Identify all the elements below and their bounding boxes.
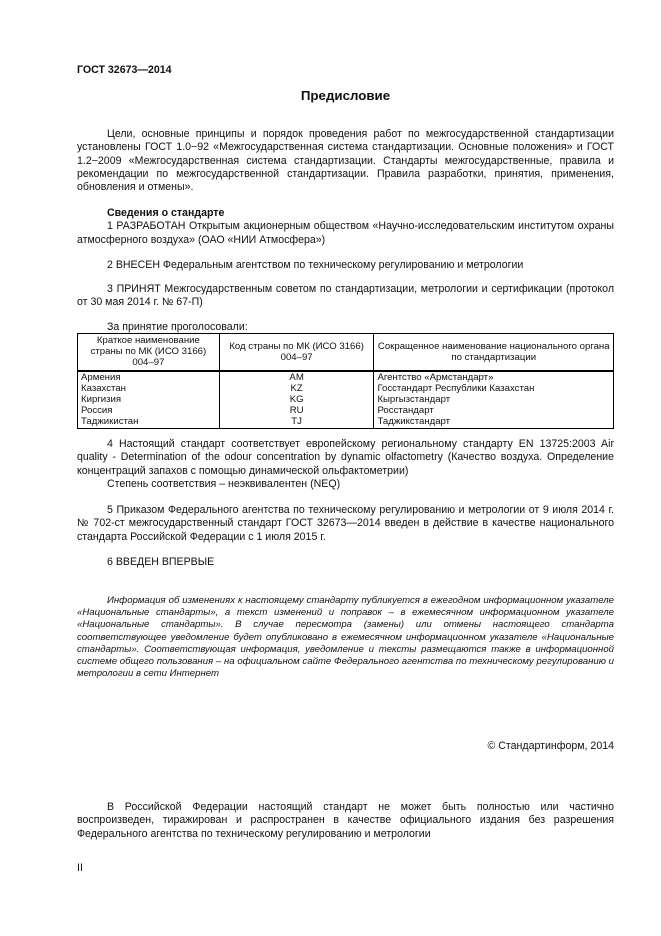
body-cell: Агентство «Армстандарт» <box>374 371 614 383</box>
table-row: Таджикистан TJ Таджикстандарт <box>78 416 614 428</box>
restriction-block: В Российской Федерации настоящий стандар… <box>77 801 614 841</box>
info-item-5-block: 5 Приказом Федерального агентства по тех… <box>77 504 614 544</box>
table-row: Россия RU Росстандарт <box>78 405 614 416</box>
info-item-2-block: 2 ВНЕСЕН Федеральным агентством по техни… <box>77 259 614 272</box>
country-cell: Таджикистан <box>78 416 220 428</box>
voting-countries-table: Краткое наименование страны по МК (ИСО 3… <box>77 333 614 429</box>
country-cell: Казахстан <box>78 383 220 394</box>
code-cell: AM <box>219 371 374 383</box>
info-item-4: 4 Настоящий стандарт соответствует европ… <box>77 438 614 478</box>
standard-info-section: Сведения о стандарте 1 РАЗРАБОТАН Открыт… <box>77 207 614 247</box>
column-header-code: Код страны по МК (ИСО 3166) 004–97 <box>219 334 374 371</box>
country-cell: Киргизия <box>78 394 220 405</box>
code-cell: TJ <box>219 416 374 428</box>
code-cell: KG <box>219 394 374 405</box>
body-cell: Кыргызстандарт <box>374 394 614 405</box>
changes-notice-block: Информация об изменениях к настоящему ст… <box>77 595 614 680</box>
info-item-3-block: 3 ПРИНЯТ Межгосударственным советом по с… <box>77 283 614 310</box>
intro-text: Цели, основные принципы и порядок провед… <box>77 128 614 194</box>
section-heading: Сведения о стандарте <box>77 207 614 220</box>
column-header-country: Краткое наименование страны по МК (ИСО 3… <box>78 334 220 371</box>
info-item-5: 5 Приказом Федерального агентства по тех… <box>77 504 614 544</box>
info-item-6-block: 6 ВВЕДЕН ВПЕРВЫЕ <box>77 556 614 569</box>
code-cell: RU <box>219 405 374 416</box>
table-row: Казахстан KZ Госстандарт Республики Каза… <box>78 383 614 394</box>
document-code: ГОСТ 32673—2014 <box>77 64 172 76</box>
table-header-row: Краткое наименование страны по МК (ИСО 3… <box>78 334 614 371</box>
body-cell: Госстандарт Республики Казахстан <box>374 383 614 394</box>
info-item-4-block: 4 Настоящий стандарт соответствует европ… <box>77 438 614 491</box>
restriction-text: В Российской Федерации настоящий стандар… <box>77 801 614 841</box>
info-item-1: 1 РАЗРАБОТАН Открытым акционерным общест… <box>77 220 614 247</box>
intro-paragraph: Цели, основные принципы и порядок провед… <box>77 128 614 194</box>
code-cell: KZ <box>219 383 374 394</box>
body-cell: Росстандарт <box>374 405 614 416</box>
column-header-body: Сокращенное наименование национального о… <box>374 334 614 371</box>
page-title: Предисловие <box>0 88 661 103</box>
country-cell: Россия <box>78 405 220 416</box>
table-row: Армения AM Агентство «Армстандарт» <box>78 371 614 383</box>
info-item-2: 2 ВНЕСЕН Федеральным агентством по техни… <box>77 259 614 272</box>
info-item-3: 3 ПРИНЯТ Межгосударственным советом по с… <box>77 283 614 310</box>
table-row: Киргизия KG Кыргызстандарт <box>78 394 614 405</box>
changes-notice: Информация об изменениях к настоящему ст… <box>77 595 614 680</box>
page-number: II <box>77 862 83 874</box>
country-cell: Армения <box>78 371 220 383</box>
info-item-6: 6 ВВЕДЕН ВПЕРВЫЕ <box>77 556 614 569</box>
copyright: © Стандартинформ, 2014 <box>488 740 614 752</box>
body-cell: Таджикстандарт <box>374 416 614 428</box>
info-item-4-degree: Степень соответствия – неэквивалентен (N… <box>77 478 614 491</box>
